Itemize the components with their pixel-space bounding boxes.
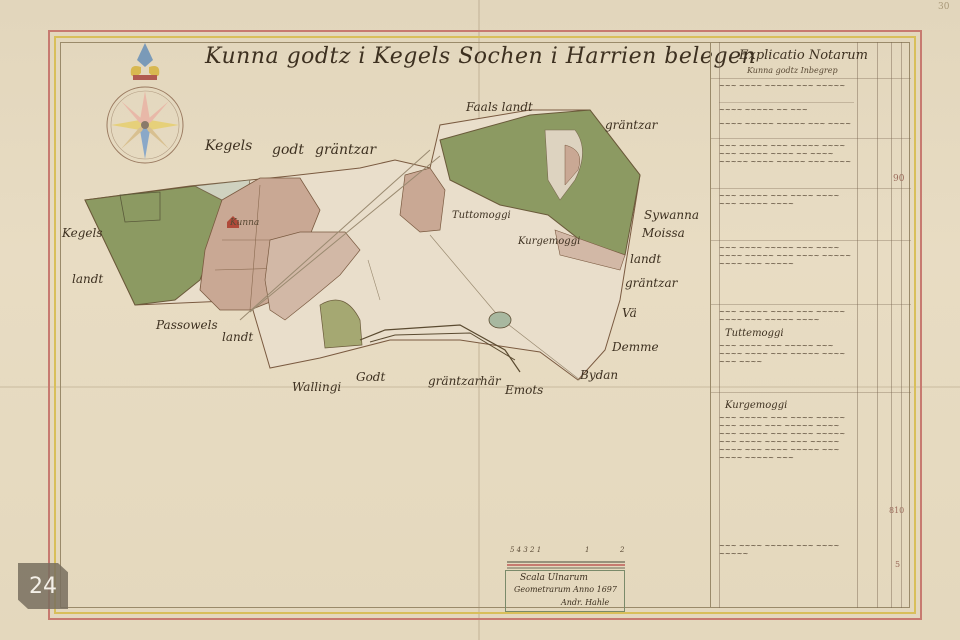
page-number-badge: 24: [18, 563, 68, 609]
label-passowels-landt: landt: [222, 330, 253, 344]
label-demme: Demme: [612, 340, 659, 354]
legend-section-tuttemoggi: Tuttemoggi: [725, 328, 784, 339]
legend-entry: ~~~ ~~~~ ~~~~~ ~~~ ~~~~ ~~~~ ~~~~~ ~~~ ~…: [719, 244, 854, 304]
scale-cartouche: Scala Ulnarum Geometrarum Anno 1697 Andr…: [505, 570, 625, 612]
legend-title: Explicatio Notarum: [739, 48, 868, 63]
label-va: Vä: [622, 306, 637, 320]
label-granser-bottom: gräntzar: [428, 374, 480, 388]
legend-entry: ~~~ ~~~~~ ~~~ ~~~~ ~~~~ ~~~ ~~~~~ ~~~~: [719, 192, 854, 222]
label-sywanna: Sywanna: [644, 208, 699, 222]
label-wallingi: Wallingi: [292, 380, 341, 394]
label-kurgemoggi: Kurgemoggi: [518, 236, 580, 247]
label-landt-west: landt: [72, 272, 103, 286]
label-landt-east: landt: [630, 252, 661, 266]
legend-subtitle: Kunna godtz Inbegrep: [747, 66, 838, 75]
legend-section-kurgemoggi: Kurgemoggi: [725, 400, 787, 411]
label-bydan: Bydan: [580, 368, 618, 382]
label-granser-ne: gräntzar: [605, 118, 657, 132]
label-passowels: Passowels: [156, 318, 218, 332]
scale-tick-2: 2: [620, 546, 624, 554]
legend-value: 5: [895, 560, 900, 569]
scale-tick-1: 1: [585, 546, 589, 554]
legend-entry: ~~~ ~~~~ ~~~~~ ~~~ ~~~~ ~~~~~: [719, 542, 854, 566]
label-godt: godt: [272, 142, 304, 158]
label-kegels-west: Kegels: [62, 226, 103, 240]
legend-value: 90: [893, 174, 904, 184]
label-faals-landt: Faals landt: [466, 100, 533, 114]
scale-signature: Andr. Hahle: [561, 598, 609, 607]
legend-entry: ~~~ ~~~~ ~~~ ~~~~~ ~~~ ~~~~ ~~~~ ~~~ ~~~…: [719, 342, 854, 392]
legend-entry: ~~~ ~~~~ ~~~~~ ~~~ ~~~~~: [719, 82, 854, 103]
legend-entry: ~~~~ ~~~~~ ~~~~~ ~~~ ~~~~: [719, 120, 854, 140]
legend-entry: ~~~~ ~~~~~ ~~ ~~~: [719, 106, 854, 116]
label-har: här: [480, 374, 501, 388]
legend-entry: ~~~ ~~~~~ ~~~ ~~~~~ ~~~~ ~~~ ~~~~~ ~~~~ …: [719, 142, 854, 186]
scale-bar: [507, 556, 625, 570]
legend-table: Explicatio Notarum Kunna godtz Inbegrep …: [710, 42, 911, 608]
label-granser-east: gräntzar: [625, 276, 677, 290]
compass-rose-icon: [107, 43, 183, 163]
scale-title: Scala Ulnarum: [520, 573, 588, 583]
pond: [489, 312, 511, 328]
label-godt-bottom: Godt: [356, 370, 385, 384]
label-granser: gräntzar: [315, 142, 376, 158]
legend-entry: ~~~ ~~~~~ ~~~ ~~~~ ~~~~~ ~~~ ~~~~ ~~~ ~~…: [719, 414, 854, 534]
label-kegels: Kegels: [205, 138, 252, 154]
label-emots: Emots: [505, 383, 543, 397]
label-kunna-village: Kunna: [230, 218, 259, 228]
scale-geometrarum: Geometrarum Anno 1697: [514, 585, 617, 594]
legend-value: 810: [889, 506, 904, 515]
scale-ticks-left: 5 4 3 2 1: [510, 546, 541, 554]
label-tuttomoggi: Tuttomoggi: [452, 210, 511, 221]
label-moissa: Moissa: [642, 226, 685, 240]
map-title: Kunna godtz i Kegels Sochen i Harrien be…: [205, 44, 756, 69]
